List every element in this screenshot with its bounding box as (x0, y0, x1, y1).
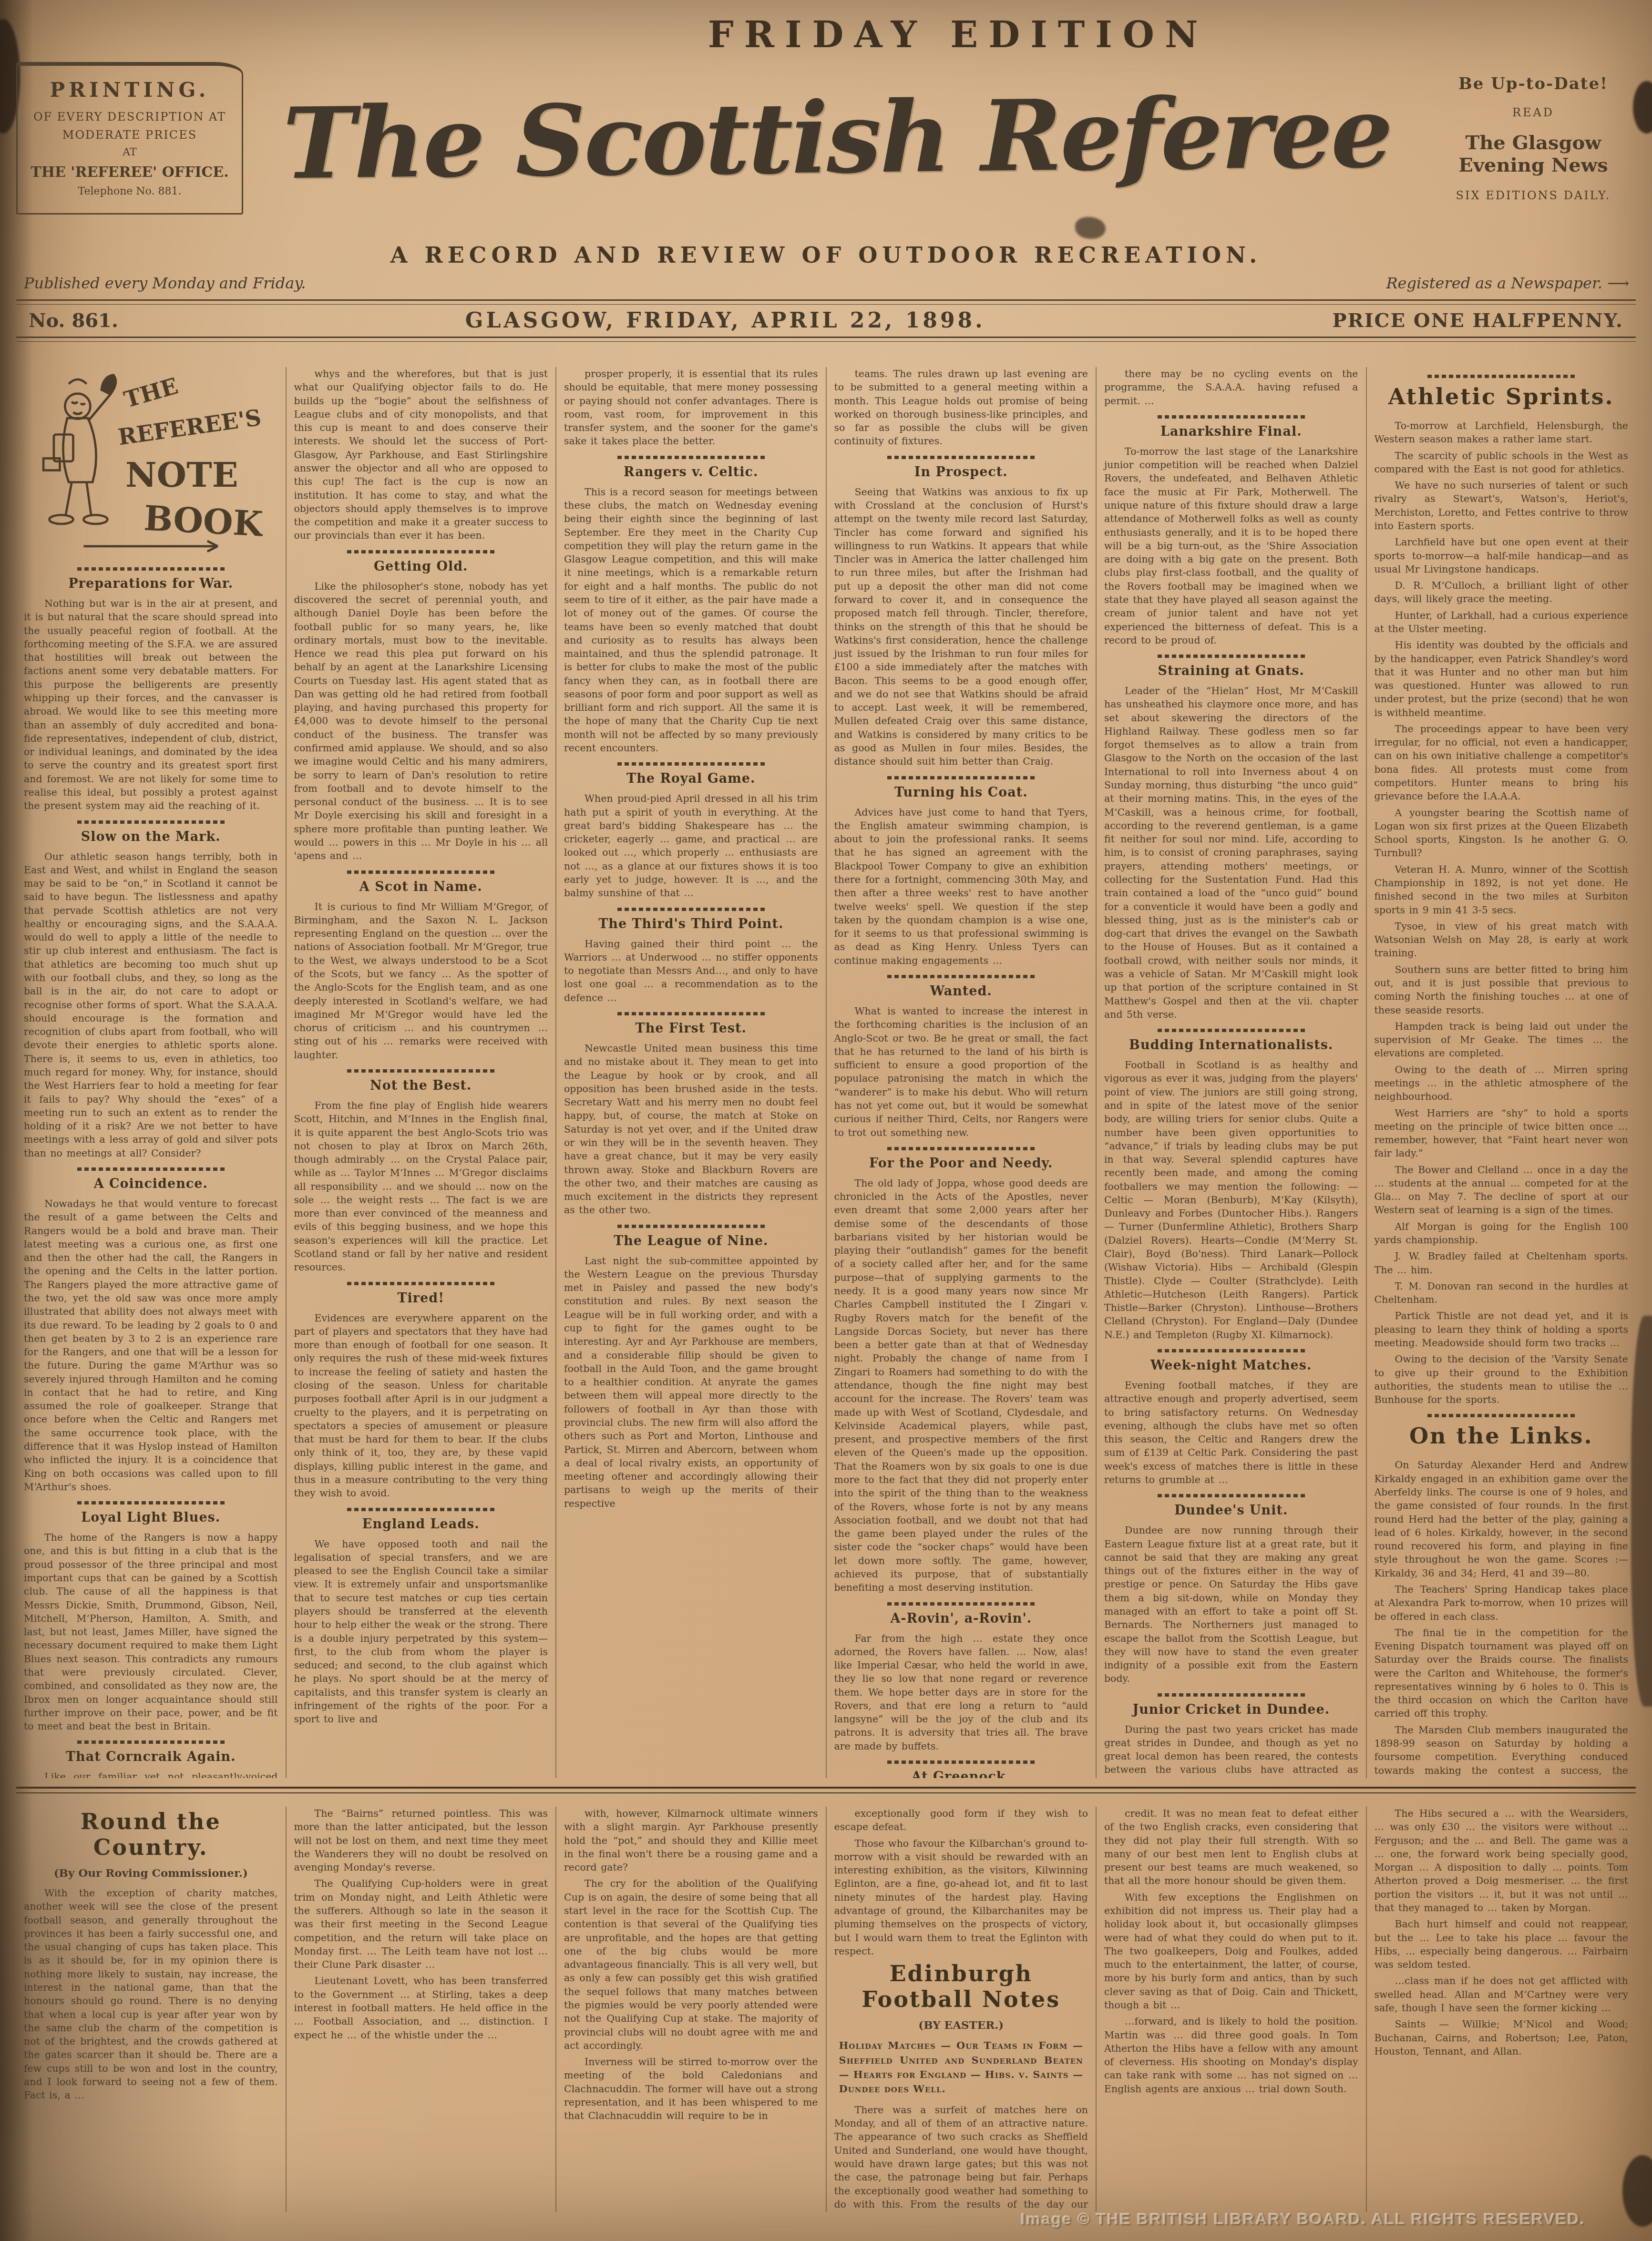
feature-title: Athletic Sprints. (1375, 384, 1629, 409)
rule-double (16, 337, 1636, 342)
article-paragraph: exceptionally good form if they wish to … (834, 1807, 1088, 1834)
article-paragraph: D. R. M‘Culloch, a brilliant light of ot… (1375, 579, 1629, 606)
article-paragraph: Veteran H. A. Munro, winner of the Scott… (1375, 863, 1629, 917)
article: Tired! Evidences are everywhere apparent… (294, 1282, 548, 1500)
article-paragraph: Far from the high … estate they once ado… (834, 1632, 1088, 1753)
article-paragraph: Like the philosopher's stone, nobody has… (294, 580, 548, 863)
article-title: Junior Cricket in Dundee. (1104, 1702, 1358, 1717)
article: The Third's Third Point. Having gained t… (564, 908, 818, 1004)
article: A Coincidence. Nowadays he that would ve… (24, 1167, 278, 1494)
notebook-word-referees: REFEREE'S (117, 405, 263, 451)
article: Getting Old. Like the philosopher's ston… (294, 550, 548, 863)
article-title: England Leads. (294, 1517, 548, 1532)
notebook-word-book: BOOK (143, 498, 263, 544)
article: credit. It was no mean feat to defeat ei… (1104, 1807, 1358, 2096)
article-title: Lanarkshire Final. (1104, 424, 1358, 439)
article-title: Preparations for War. (24, 576, 278, 591)
article-paragraph: To-morrow the last stage of the Lanarksh… (1104, 445, 1358, 647)
article: prosper properly, it is essential that i… (564, 367, 818, 448)
article-title: The Third's Third Point. (564, 917, 818, 931)
dateline-date: GLASGOW, FRIDAY, APRIL 22, 1898. (465, 308, 985, 333)
masthead-subtitle: A RECORD AND REVIEW OF OUTDOOR RECREATIO… (390, 242, 1262, 268)
article-divider (77, 567, 225, 571)
edition-banner: FRIDAY EDITION (708, 13, 1209, 56)
article: The “Bairns” returned pointless. This wa… (294, 1807, 548, 2042)
article-paragraph: The cry for the abolition of the Qualify… (564, 1877, 818, 2052)
article-title: Straining at Gnats. (1104, 664, 1358, 678)
article-divider (617, 908, 765, 911)
notebook-word-note: NOTE (125, 455, 238, 495)
article-title: In Prospect. (834, 465, 1088, 480)
article-paragraph: Our athletic season hangs terribly, both… (24, 850, 278, 1160)
article-paragraph: When proud-pied April dressed in all his… (564, 792, 818, 900)
article-byline: (BY EASTER.) (834, 2019, 1088, 2032)
top-section: THE REFEREE'S NOTE BOOK Preparations for… (16, 367, 1636, 1778)
advert-editions: SIX EDITIONS DAILY. (1440, 189, 1626, 202)
article-paragraph: Lieutenant Lovett, who has been transfer… (294, 1974, 548, 2041)
article-title: Turning his Coat. (834, 785, 1088, 800)
article-paragraph: Evidences are everywhere apparent on the… (294, 1311, 548, 1500)
article-paragraph: From the fine play of English hide weare… (294, 1099, 548, 1274)
article-divider (887, 1760, 1035, 1764)
article-divider (887, 1602, 1035, 1606)
article-paragraph: with, however, Kilmarnock ultimate winne… (564, 1807, 818, 1874)
article-paragraph: Seeing that Watkins was anxious to fix u… (834, 485, 1088, 768)
article-paragraph: The scarcity of public schools in the We… (1375, 449, 1629, 476)
article-title: Not the Best. (294, 1078, 548, 1093)
issue-number: No. 861. (29, 309, 118, 332)
article: there may be no cycling events on the pr… (1104, 367, 1358, 408)
advert-read: READ (1440, 106, 1626, 119)
article-divider (77, 1167, 225, 1171)
article: Rangers v. Celtic. This is a record seas… (564, 456, 818, 755)
column-1: THE REFEREE'S NOTE BOOK Preparations for… (16, 367, 287, 1778)
column-6: Athletic Sprints. To-morrow at Larchfiel… (1367, 367, 1636, 1778)
article-title: Tired! (294, 1291, 548, 1306)
article-paragraph: Partick Thistle are not dead yet, and it… (1375, 1309, 1629, 1350)
article: The First Test. Newcastle United mean bu… (564, 1012, 818, 1217)
article: Turning his Coat. Advices have just come… (834, 776, 1088, 967)
article: Straining at Gnats. Leader of the “Hiela… (1104, 655, 1358, 1021)
article-paragraph: The proceedings appear to have been very… (1375, 722, 1629, 803)
article-divider (347, 550, 494, 553)
article-paragraph: West Harriers are “shy” to hold a sports… (1375, 1106, 1629, 1160)
section-divider-rule (16, 1787, 1636, 1793)
article-title: The First Test. (564, 1021, 818, 1036)
printing-advert-box: PRINTING. OF EVERY DESCRIPTION AT MODERA… (16, 62, 243, 215)
article-paragraph: Nowadays he that would venture to foreca… (24, 1197, 278, 1494)
bottom-column-3: with, however, Kilmarnock ultimate winne… (556, 1807, 827, 2212)
article-divider (887, 1147, 1035, 1150)
referee-notebook-illustration: THE REFEREE'S NOTE BOOK (39, 369, 263, 560)
article-divider (1158, 415, 1305, 419)
article-paragraph: Inverness will be stirred to-morrow over… (564, 2055, 818, 2122)
bottom-column-4: exceptionally good form if they wish to … (827, 1807, 1097, 2212)
article-paragraph: We have no such nurseries of talent or s… (1375, 479, 1629, 532)
article: A Scot in Name. It is curious to find Mr… (294, 870, 548, 1062)
article-title: Wanted. (834, 984, 1088, 999)
notebook-arrow-decoration (84, 541, 218, 552)
column-5: there may be no cycling events on the pr… (1097, 367, 1367, 1778)
article-title: Getting Old. (294, 559, 548, 574)
newspaper-page: FRIDAY EDITION PRINTING. OF EVERY DESCRI… (0, 0, 1652, 2241)
article-paragraph: …forward, and is likely to hold the posi… (1104, 2015, 1358, 2096)
article: Junior Cricket in Dundee. During the pas… (1104, 1693, 1358, 1778)
article-divider (347, 1282, 494, 1285)
article-paragraph: The Bower and Clelland … once in a day t… (1375, 1163, 1629, 1217)
rule-double (16, 299, 1636, 305)
article: whys and the wherefores, but that is jus… (294, 367, 548, 542)
article: Slow on the Mark. Our athletic season ha… (24, 820, 278, 1160)
article: On the Links. On Saturday Alexander Herd… (1375, 1414, 1629, 1778)
article-paragraph: Southern suns are better fitted to bring… (1375, 963, 1629, 1017)
article-paragraph: It is curious to find Mr William M‘Grego… (294, 900, 548, 1062)
advert-paper-name: The Glasgow Evening News (1440, 132, 1626, 176)
article-paragraph: credit. It was no mean feat to defeat ei… (1104, 1807, 1358, 1888)
article-paragraph: teams. The rules drawn up last evening a… (834, 367, 1088, 448)
printing-title: PRINTING. (27, 78, 232, 102)
article-paragraph: Last night the sub-committee appointed b… (564, 1254, 818, 1510)
article-paragraph: On Saturday Alexander Herd and Andrew Ki… (1375, 1458, 1629, 1580)
article-paragraph: Bach hurt himself and could not reappear… (1375, 1917, 1629, 1971)
notebook-lettering: THE REFEREE'S NOTE BOOK (117, 373, 263, 544)
newspaper-title: The Scottish Referee (243, 83, 1431, 193)
article: The League of Nine. Last night the sub-c… (564, 1225, 818, 1510)
bottom-column-5: credit. It was no mean feat to defeat ei… (1097, 1807, 1367, 2212)
article: Week-night Matches. Evening football mat… (1104, 1349, 1358, 1486)
article-title: Loyal Light Blues. (24, 1510, 278, 1525)
article: The Hibs secured a … with the Wearsiders… (1375, 1807, 1629, 2058)
article-title: The League of Nine. (564, 1234, 818, 1248)
article-paragraph: During the past two years cricket has ma… (1104, 1723, 1358, 1778)
article-divider (1158, 1029, 1305, 1032)
article-divider (617, 1012, 765, 1015)
article: Athletic Sprints. To-morrow at Larchfiel… (1375, 375, 1629, 1406)
article-title: The Royal Game. (564, 771, 818, 786)
arrow-decoration: ⟶ (1607, 274, 1628, 292)
article-title: Slow on the Mark. (24, 829, 278, 844)
article-divider (617, 1225, 765, 1228)
article-divider (1427, 1414, 1575, 1417)
article: At Greenock. With the advent of Spring t… (834, 1760, 1088, 1778)
advert-slogan: Be Up-to-Date! (1440, 74, 1626, 93)
article-divider (1158, 1494, 1305, 1497)
article-paragraph: Nothing but war is in the air at present… (24, 597, 278, 813)
article-divider (77, 820, 225, 824)
article: Preparations for War. Nothing but war is… (24, 567, 278, 813)
article: teams. The rules drawn up last evening a… (834, 367, 1088, 448)
article: England Leads. We have opposed tooth and… (294, 1508, 548, 1726)
article-paragraph: To-morrow at Larchfield, Helensburgh, th… (1375, 419, 1629, 446)
article-paragraph: Hunter, of Larkhall, had a curious exper… (1375, 609, 1629, 636)
article-paragraph: Newcastle United mean business this time… (564, 1042, 818, 1217)
bottom-column-6: The Hibs secured a … with the Wearsiders… (1367, 1807, 1636, 2212)
article: exceptionally good form if they wish to … (834, 1807, 1088, 1958)
masthead-row: PRINTING. OF EVERY DESCRIPTION AT MODERA… (16, 62, 1636, 215)
article-paragraph: The final tie in the competition for the… (1375, 1626, 1629, 1720)
article-summary: Holiday Matches — Our Teams in Form — Sh… (834, 2038, 1088, 2097)
printing-line: AT (27, 146, 232, 158)
article: A-Rovin', a-Rovin'. Far from the high … … (834, 1602, 1088, 1753)
article-divider (1158, 1693, 1305, 1697)
edge-ink-mark (1633, 81, 1652, 133)
article: Dundee's Unit. Dundee are now running th… (1104, 1494, 1358, 1685)
article-paragraph: whys and the wherefores, but that is jus… (294, 367, 548, 542)
article-divider (347, 1069, 494, 1073)
bottom-section: Round the Country. (By Our Roving Commis… (16, 1807, 1636, 2212)
article-title: At Greenock. (834, 1770, 1088, 1778)
article-paragraph: What is wanted to increase the interest … (834, 1004, 1088, 1139)
article-paragraph: Football in Scotland is as healthy and v… (1104, 1058, 1358, 1341)
article: Not the Best. From the fine play of Engl… (294, 1069, 548, 1274)
ink-blot (1075, 217, 1106, 239)
article-paragraph: A youngster bearing the Scottish name of… (1375, 806, 1629, 860)
article: In Prospect. Seeing that Watkins was anx… (834, 456, 1088, 768)
column-3: prosper properly, it is essential that i… (556, 367, 827, 1778)
record-line-row: A RECORD AND REVIEW OF OUTDOOR RECREATIO… (16, 242, 1636, 268)
price-label: PRICE ONE HALFPENNY. (1333, 309, 1623, 332)
article: with, however, Kilmarnock ultimate winne… (564, 1807, 818, 2122)
column-2: whys and the wherefores, but that is jus… (287, 367, 557, 1778)
publication-info-row: Published every Monday and Friday. Regis… (24, 274, 1628, 292)
printing-line: OF EVERY DESCRIPTION AT (27, 110, 232, 123)
notebook-word-the: THE (121, 373, 181, 413)
article-paragraph: Dundee are now running through their Eas… (1104, 1524, 1358, 1685)
article-paragraph: prosper properly, it is essential that i… (564, 367, 818, 448)
article-paragraph: The Qualifying Cup-holders were in great… (294, 1877, 548, 1971)
dateline-band: No. 861. GLASGOW, FRIDAY, APRIL 22, 1898… (16, 299, 1636, 342)
article-byline: (By Our Roving Commissioner.) (24, 1867, 278, 1880)
article-title: Budding Internationalists. (1104, 1038, 1358, 1053)
article-paragraph: Those who favour the Kilbarchan's ground… (834, 1837, 1088, 1958)
feature-title: Edinburgh Football Notes (834, 1961, 1088, 2012)
article-paragraph: Having gained their third point … the Wa… (564, 937, 818, 1004)
article: That Corncraik Again. Like our familiar … (24, 1740, 278, 1778)
article-paragraph: There was a surfeit of matches here on M… (834, 2103, 1088, 2212)
article-paragraph: Like our familiar yet not pleasantly-voi… (24, 1770, 278, 1778)
column-4: teams. The rules drawn up last evening a… (827, 367, 1097, 1778)
article-paragraph: The Marsden Club members inaugurated the… (1375, 1723, 1629, 1778)
article-divider (887, 456, 1035, 459)
bottom-column-2: The “Bairns” returned pointless. This wa… (287, 1807, 557, 2212)
article-divider (1158, 655, 1305, 658)
printing-line: MODERATE PRICES (27, 128, 232, 142)
evening-news-advert-box: Be Up-to-Date! READ The Glasgow Evening … (1431, 62, 1636, 215)
article: Lanarkshire Final. To-morrow the last st… (1104, 415, 1358, 647)
article: Edinburgh Football Notes (BY EASTER.) Ho… (834, 1961, 1088, 2212)
article-title: Week-night Matches. (1104, 1358, 1358, 1373)
article-paragraph: The Teachers' Spring Handicap takes plac… (1375, 1583, 1629, 1623)
article-divider (887, 975, 1035, 978)
article-paragraph: The home of the Rangers is now a happy o… (24, 1531, 278, 1733)
article-paragraph: With the exception of charity matches, a… (24, 1886, 278, 2102)
article-title: A Coincidence. (24, 1177, 278, 1191)
article-divider (77, 1740, 225, 1744)
article-divider (347, 1508, 494, 1511)
article-paragraph: Evening football matches, if they are at… (1104, 1379, 1358, 1486)
article-title: Rangers v. Celtic. (564, 465, 818, 480)
article-paragraph: Leader of the “Hielan” Host, Mr M‘Caskil… (1104, 684, 1358, 1021)
article-paragraph: Owing to the death of … Mirren spring me… (1375, 1063, 1629, 1104)
article: Round the Country. (By Our Roving Commis… (24, 1809, 278, 2102)
article-divider (347, 870, 494, 874)
article-paragraph: The Hibs secured a … with the Wearsiders… (1375, 1807, 1629, 1914)
published-note: Published every Monday and Friday. (24, 274, 306, 292)
article-title: Dundee's Unit. (1104, 1503, 1358, 1518)
article-divider (1158, 1349, 1305, 1352)
article-divider (77, 1501, 225, 1504)
article-paragraph: Larchfield have but one open event at th… (1375, 535, 1629, 576)
article-paragraph: T. M. Donovan ran second in the hurdles … (1375, 1279, 1629, 1307)
article-paragraph: This is a record season for meetings bet… (564, 485, 818, 755)
article: The Royal Game. When proud-pied April dr… (564, 762, 818, 900)
article-paragraph: We have opposed tooth and nail the legal… (294, 1537, 548, 1726)
article-paragraph: Tysoe, in view of his great match with W… (1375, 920, 1629, 960)
feature-title: On the Links. (1375, 1423, 1629, 1449)
article-paragraph: With few exceptions the Englishmen on ex… (1104, 1891, 1358, 2012)
printing-office-line: THE 'REFEREE' OFFICE. (27, 164, 232, 181)
article-paragraph: J. W. Bradley failed at Cheltenham sport… (1375, 1249, 1629, 1277)
article-title: A-Rovin', a-Rovin'. (834, 1611, 1088, 1626)
article-paragraph: Saints — Willkie; M‘Nicol and Wood; Buch… (1375, 2017, 1629, 2058)
printing-telephone: Telephone No. 881. (27, 185, 232, 197)
article-title: A Scot in Name. (294, 880, 548, 894)
article-divider (617, 456, 765, 459)
article-title: For the Poor and Needy. (834, 1156, 1088, 1171)
article: Budding Internationalists. Football in S… (1104, 1029, 1358, 1341)
registered-note: Registered as a Newspaper. ⟶ (1386, 274, 1628, 292)
article-paragraph: Advices have just come to hand that Tyer… (834, 806, 1088, 967)
article: For the Poor and Needy. The old lady of … (834, 1147, 1088, 1595)
article-divider (617, 762, 765, 766)
article-paragraph: Hampden track is being laid out under th… (1375, 1020, 1629, 1060)
article-divider (887, 776, 1035, 779)
article-paragraph: there may be no cycling events on the pr… (1104, 367, 1358, 408)
article-paragraph: The old lady of Joppa, whose good deeds … (834, 1177, 1088, 1595)
feature-title: Round the Country. (24, 1809, 278, 1860)
bottom-column-1: Round the Country. (By Our Roving Commis… (16, 1807, 287, 2212)
registered-text: Registered as a Newspaper. (1386, 274, 1602, 292)
notebook-cartoon-figure (43, 375, 116, 524)
library-watermark: Image © THE BRITISH LIBRARY BOARD. ALL R… (1020, 2210, 1585, 2229)
article-paragraph: Owing to the decision of the 'Varsity Se… (1375, 1352, 1629, 1406)
article-divider (1427, 375, 1575, 378)
article-title: That Corncraik Again. (24, 1750, 278, 1764)
article-paragraph: Alf Morgan is going for the English 100 … (1375, 1220, 1629, 1247)
article-paragraph: The “Bairns” returned pointless. This wa… (294, 1807, 548, 1874)
article-paragraph: His identity was doubted by the official… (1375, 638, 1629, 719)
article: Loyal Light Blues. The home of the Range… (24, 1501, 278, 1733)
article: Wanted. What is wanted to increase the i… (834, 975, 1088, 1139)
article-paragraph: …class man if he does not get afflicted … (1375, 1974, 1629, 2015)
